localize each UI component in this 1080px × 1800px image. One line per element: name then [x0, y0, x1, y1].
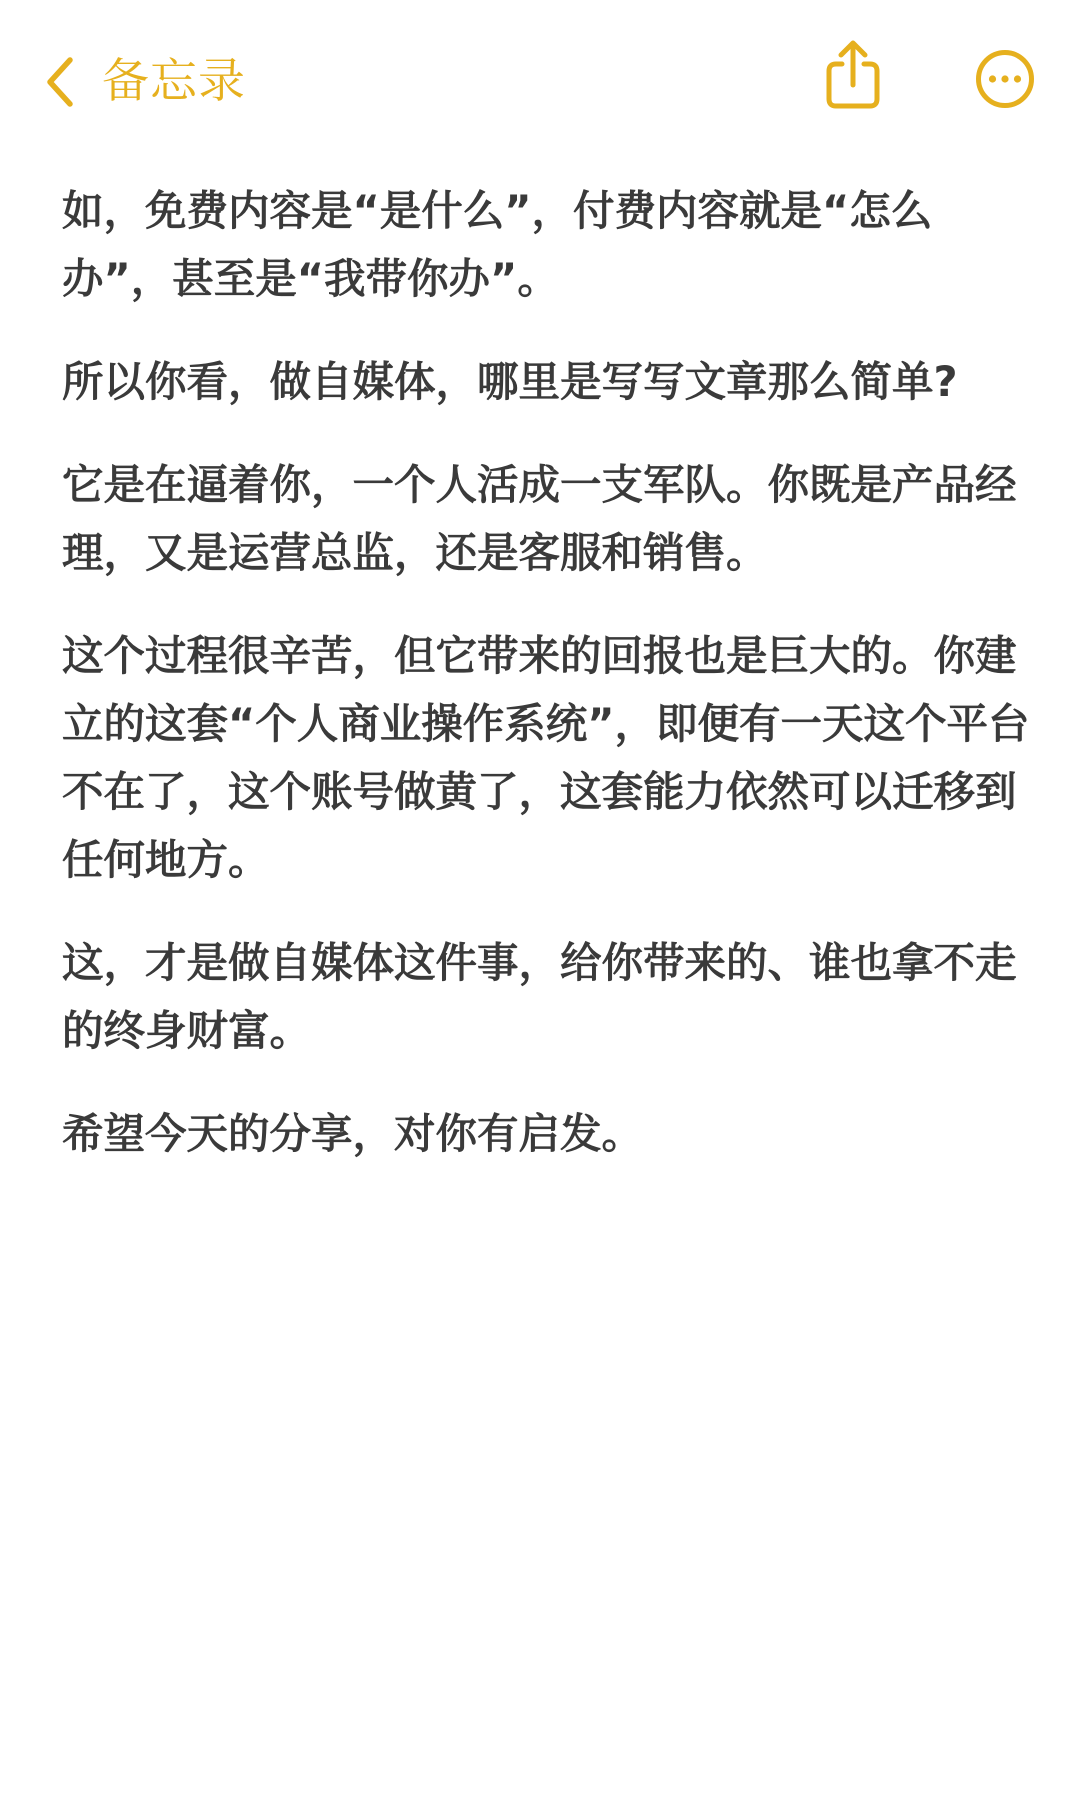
back-label: 备忘录 [102, 50, 246, 114]
more-options-button[interactable] [970, 46, 1040, 116]
note-body[interactable]: 如，免费内容是“是什么”，付费内容就是“怎么办”，甚至是“我带你办”。 所以你看… [62, 177, 1032, 1203]
share-icon [822, 38, 884, 114]
share-button[interactable] [818, 38, 888, 114]
note-paragraph: 希望今天的分享，对你有启发。 [62, 1100, 1032, 1168]
chevron-left-icon [44, 56, 78, 108]
note-paragraph: 它是在逼着你，一个人活成一支军队。你既是产品经理，又是运营总监，还是客服和销售。 [62, 451, 1032, 587]
note-paragraph: 如，免费内容是“是什么”，付费内容就是“怎么办”，甚至是“我带你办”。 [62, 177, 1032, 313]
note-paragraph: 这个过程很辛苦，但它带来的回报也是巨大的。你建立的这套“个人商业操作系统”，即便… [62, 622, 1032, 894]
ellipsis-circle-icon [974, 48, 1036, 114]
note-paragraph: 所以你看，做自媒体，哪里是写写文章那么简单? [62, 348, 1032, 416]
note-paragraph: 这，才是做自媒体这件事，给你带来的、谁也拿不走的终身财富。 [62, 929, 1032, 1065]
back-button[interactable]: 备忘录 [44, 50, 246, 114]
navigation-bar: 备忘录 [0, 0, 1080, 160]
